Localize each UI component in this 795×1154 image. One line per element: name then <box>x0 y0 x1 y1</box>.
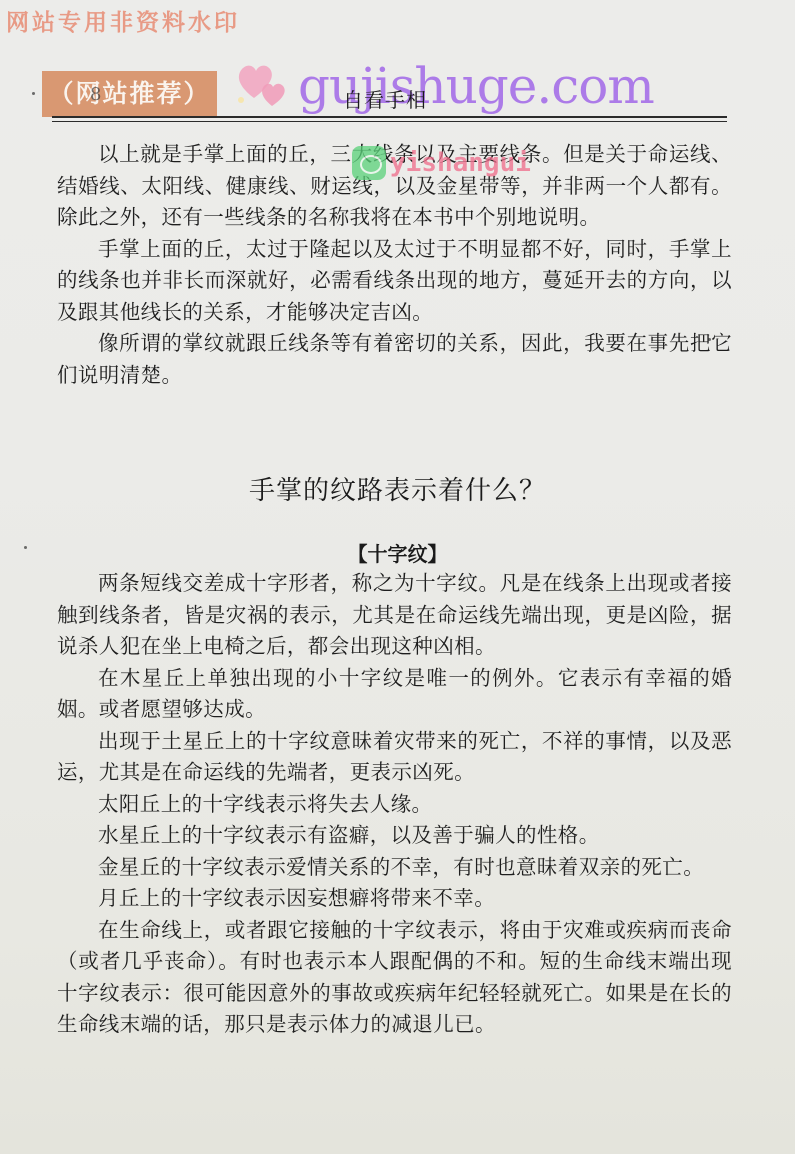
speck <box>708 338 711 341</box>
badge-recommend: （网站推荐） <box>42 71 217 117</box>
paragraph: 太阳丘上的十字线表示将失去人缘。 <box>57 789 732 821</box>
section-title: 手掌的纹路表示着什么？ <box>0 470 795 507</box>
header-rule <box>52 116 727 122</box>
intro-text: 以上就是手掌上面的丘，三大线条以及主要线条。但是关于命运线、结婚线、太阳线、健康… <box>57 139 732 391</box>
paragraph: 出现于土星丘上的十字纹意昧着灾带来的死亡，不祥的事情，以及恶运，尤其是在命运线的… <box>57 726 732 789</box>
paragraph: 月丘上的十字纹表示因妄想癖将带来不幸。 <box>57 883 732 915</box>
watermark-banner: 网站专用非资料水印 <box>6 4 240 37</box>
paragraph: 以上就是手掌上面的丘，三大线条以及主要线条。但是关于命运线、结婚线、太阳线、健康… <box>57 139 732 234</box>
paragraph: 像所谓的掌纹就跟丘线条等有着密切的关系，因此，我要在事先把它们说明清楚。 <box>57 328 732 391</box>
speck <box>24 546 27 549</box>
section-text: 两条短线交差成十字形者，称之为十字纹。凡是在线条上出现或者接触到线条者，皆是灾祸… <box>57 568 732 1041</box>
running-title: 自看手相 <box>343 84 427 113</box>
paragraph: 水星丘上的十字纹表示有盗癖，以及善于骗人的性格。 <box>57 820 732 852</box>
speck <box>32 92 35 95</box>
paragraph: 金星丘的十字纹表示爱情关系的不幸，有时也意昧着双亲的死亡。 <box>57 852 732 884</box>
paragraph: 两条短线交差成十字形者，称之为十字纹。凡是在线条上出现或者接触到线条者，皆是灾祸… <box>57 568 732 663</box>
paragraph: 在生命线上，或者跟它接触的十字纹表示，将由于灾难或疾病而丧命（或者几乎丧命）。有… <box>57 915 732 1041</box>
paragraph: 在木星丘上单独出现的小十字纹是唯一的例外。它表示有幸福的婚姻。或者愿望够达成。 <box>57 663 732 726</box>
section-subtitle: 【十字纹】 <box>0 538 795 567</box>
page-number: 8 <box>90 84 101 105</box>
hearts-icon <box>232 54 292 110</box>
paragraph: 手掌上面的丘，太过于隆起以及太过于不明显都不好，同时，手掌上的线条也并非长而深就… <box>57 234 732 329</box>
